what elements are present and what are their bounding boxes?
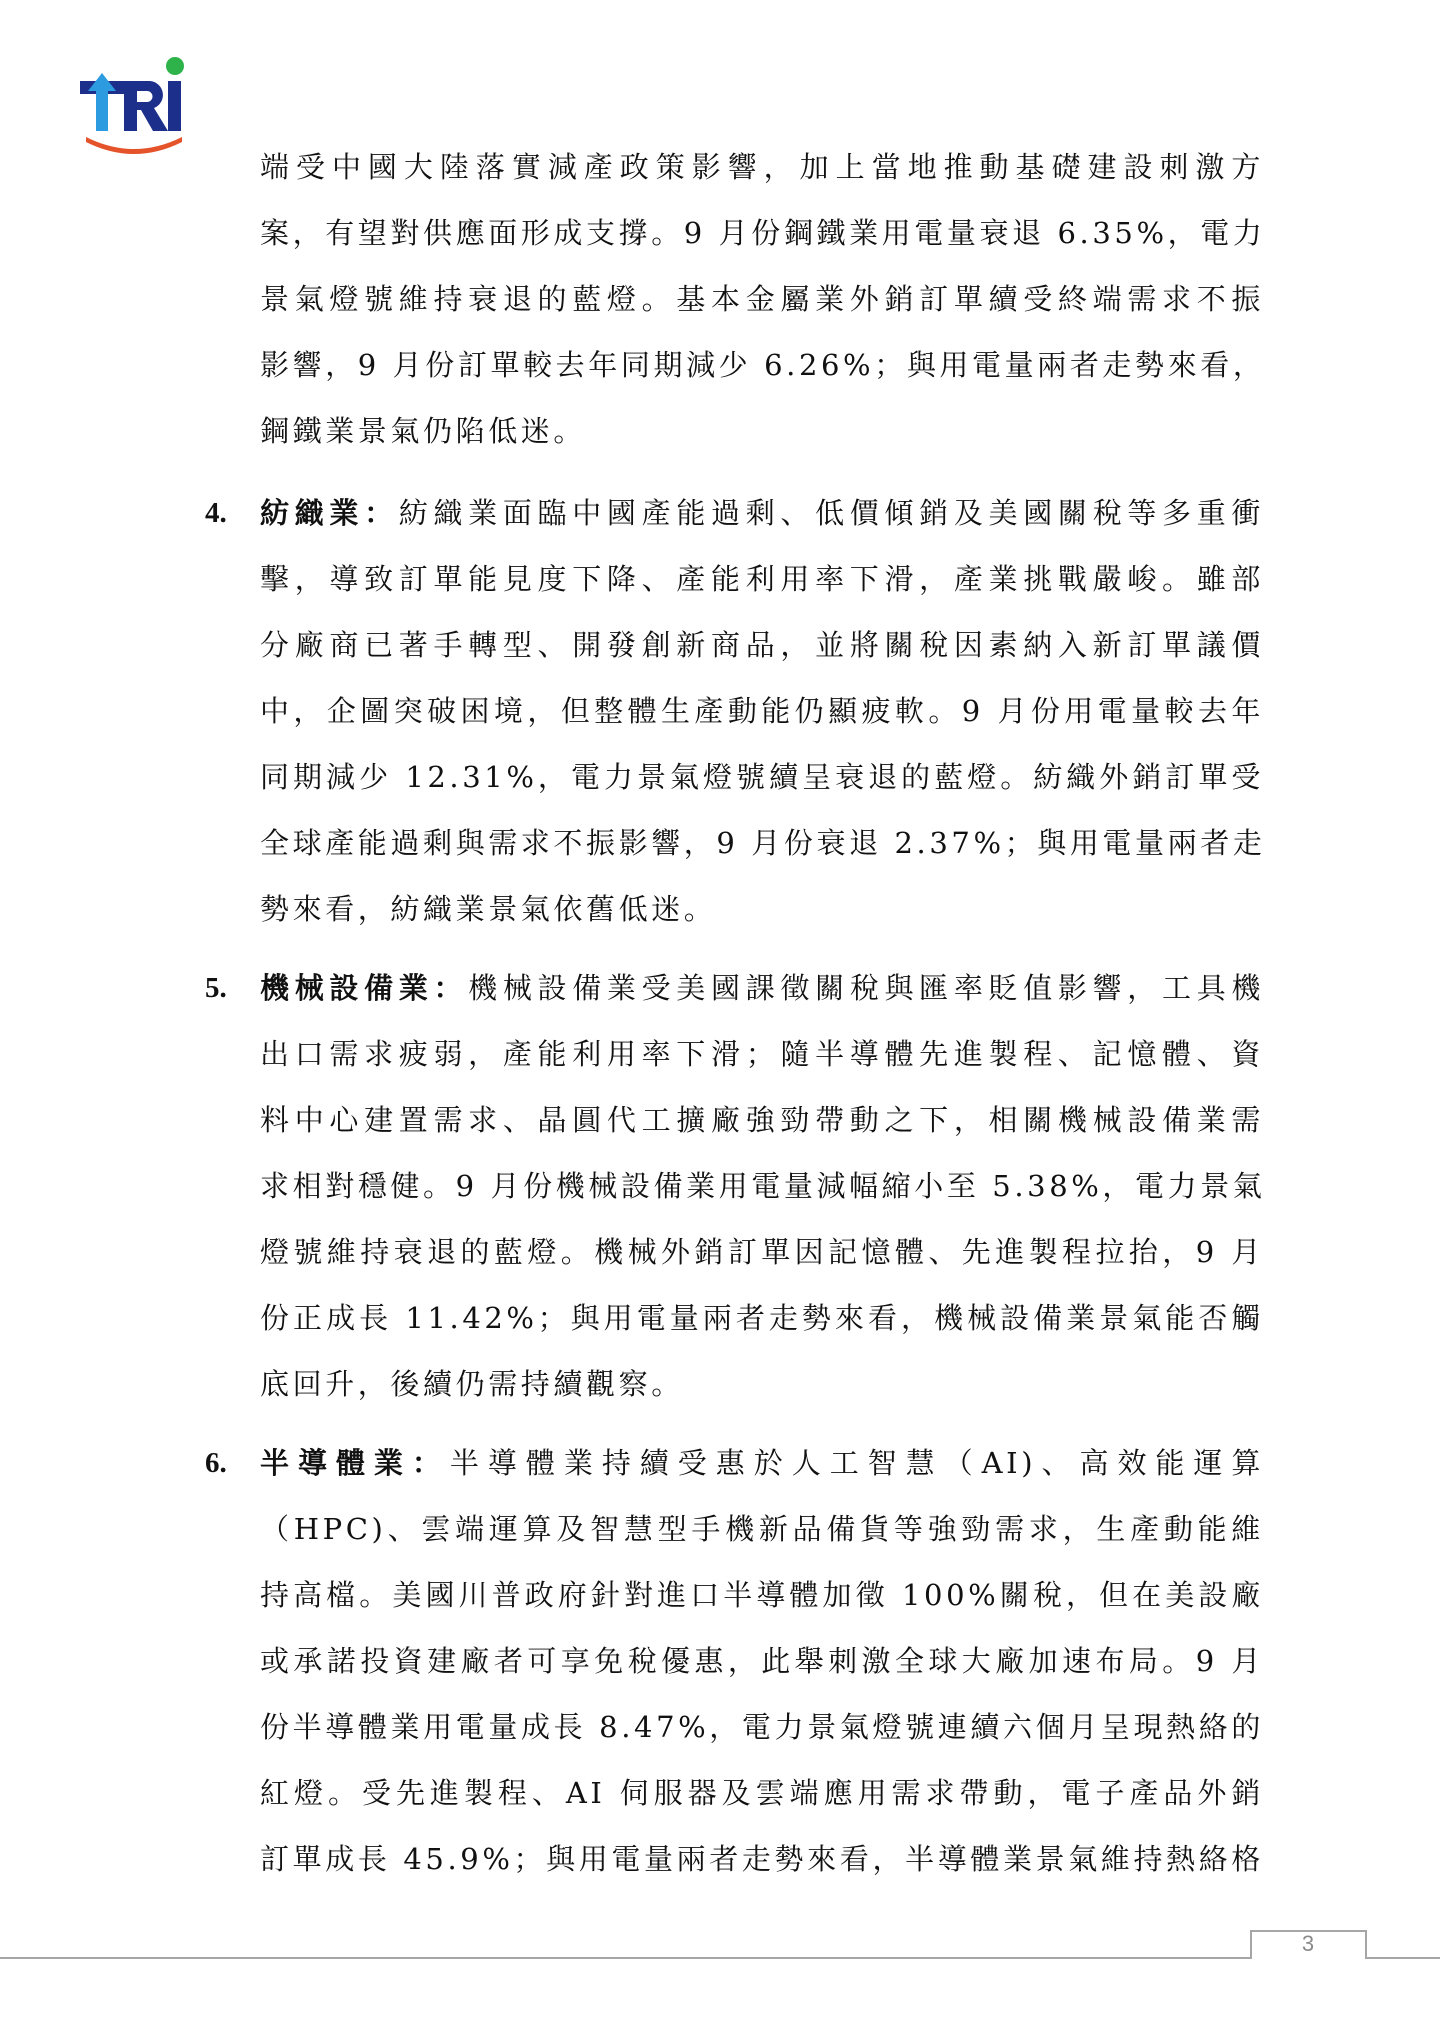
text-line: 料中心建置需求、晶圓代工擴廠強勁帶動之下，相關機械設備業需 bbox=[260, 1087, 1264, 1153]
item-number: 4. bbox=[205, 480, 227, 546]
text-line: 中，企圖突破困境，但整體生產動能仍顯疲軟。9 月份用電量較去年 bbox=[260, 678, 1264, 744]
text-line: 鋼鐵業景氣仍陷低迷。 bbox=[260, 398, 1264, 464]
text-line: 擊，導致訂單能見度下降、產能利用率下滑，產業挑戰嚴峻。雖部 bbox=[260, 546, 1264, 612]
tri-logo bbox=[78, 55, 190, 155]
text-line: 訂單成長 45.9%；與用電量兩者走勢來看，半導體業景氣維持熱絡格 bbox=[260, 1826, 1264, 1892]
text-line: 底回升，後續仍需持續觀察。 bbox=[260, 1351, 1264, 1417]
text-line: 影響，9 月份訂單較去年同期減少 6.26%；與用電量兩者走勢來看， bbox=[260, 332, 1264, 398]
item-number: 6. bbox=[205, 1430, 227, 1496]
text-line: 或承諾投資建廠者可享免稅優惠，此舉刺激全球大廠加速布局。9 月 bbox=[260, 1628, 1264, 1694]
tri-logo-icon bbox=[78, 55, 190, 155]
text-line: 景氣燈號維持衰退的藍燈。基本金屬業外銷訂單續受終端需求不振 bbox=[260, 266, 1264, 332]
text-line: 求相對穩健。9 月份機械設備業用電量減幅縮小至 5.38%，電力景氣 bbox=[260, 1153, 1264, 1219]
text-line: 份半導體業用電量成長 8.47%，電力景氣燈號連續六個月呈現熱絡的 bbox=[260, 1694, 1264, 1760]
item-first-line: 半導體業：半導體業持續受惠於人工智慧（AI)、高效能運算 bbox=[260, 1430, 1264, 1496]
footer-tab-right bbox=[1365, 1930, 1367, 1959]
item-first-line-text: 紡織業面臨中國產能過剩、低價傾銷及美國關稅等多重衝 bbox=[399, 496, 1264, 530]
text-line: 同期減少 12.31%，電力景氣燈號續呈衰退的藍燈。紡織外銷訂單受 bbox=[260, 744, 1264, 810]
text-line: 份正成長 11.42%；與用電量兩者走勢來看，機械設備業景氣能否觸 bbox=[260, 1285, 1264, 1351]
text-line: （HPC)、雲端運算及智慧型手機新品備貨等強勁需求，生產動能維 bbox=[260, 1496, 1264, 1562]
footer-rule-left bbox=[0, 1957, 1251, 1959]
item-title: 機械設備業： bbox=[260, 971, 468, 1005]
text-line: 紅燈。受先進製程、AI 伺服器及雲端應用需求帶動，電子產品外銷 bbox=[260, 1760, 1264, 1826]
text-line: 端受中國大陸落實減產政策影響，加上當地推動基礎建設刺激方 bbox=[260, 134, 1264, 200]
item-number: 5. bbox=[205, 955, 227, 1021]
text-line: 分廠商已著手轉型、開發創新商品，並將關稅因素納入新訂單議價 bbox=[260, 612, 1264, 678]
item-title: 紡織業： bbox=[260, 496, 399, 530]
continuation-paragraph: 端受中國大陸落實減產政策影響，加上當地推動基礎建設刺激方 案，有望對供應面形成支… bbox=[260, 134, 1264, 464]
text-line: 出口需求疲弱，產能利用率下滑；隨半導體先進製程、記憶體、資 bbox=[260, 1021, 1264, 1087]
text-line: 全球產能過剩與需求不振影響，9 月份衰退 2.37%；與用電量兩者走 bbox=[260, 810, 1264, 876]
item-first-line-text: 機械設備業受美國課徵關稅與匯率貶值影響，工具機 bbox=[468, 971, 1264, 1005]
footer-rule-right bbox=[1365, 1957, 1440, 1959]
text-line: 持高檔。美國川普政府針對進口半導體加徵 100%關稅，但在美設廠 bbox=[260, 1562, 1264, 1628]
item-first-line-text: 半導體業持續受惠於人工智慧（AI)、高效能運算 bbox=[450, 1446, 1264, 1480]
text-line: 案，有望對供應面形成支撐。9 月份鋼鐵業用電量衰退 6.35%，電力 bbox=[260, 200, 1264, 266]
item-title: 半導體業： bbox=[260, 1446, 450, 1480]
item-first-line: 機械設備業：機械設備業受美國課徵關稅與匯率貶值影響，工具機 bbox=[260, 955, 1264, 1021]
text-line: 勢來看，紡織業景氣依舊低迷。 bbox=[260, 876, 1264, 942]
page-number: 3 bbox=[1252, 1932, 1364, 1956]
item-first-line: 紡織業：紡織業面臨中國產能過剩、低價傾銷及美國關稅等多重衝 bbox=[260, 480, 1264, 546]
text-line: 燈號維持衰退的藍燈。機械外銷訂單因記憶體、先進製程拉抬，9 月 bbox=[260, 1219, 1264, 1285]
